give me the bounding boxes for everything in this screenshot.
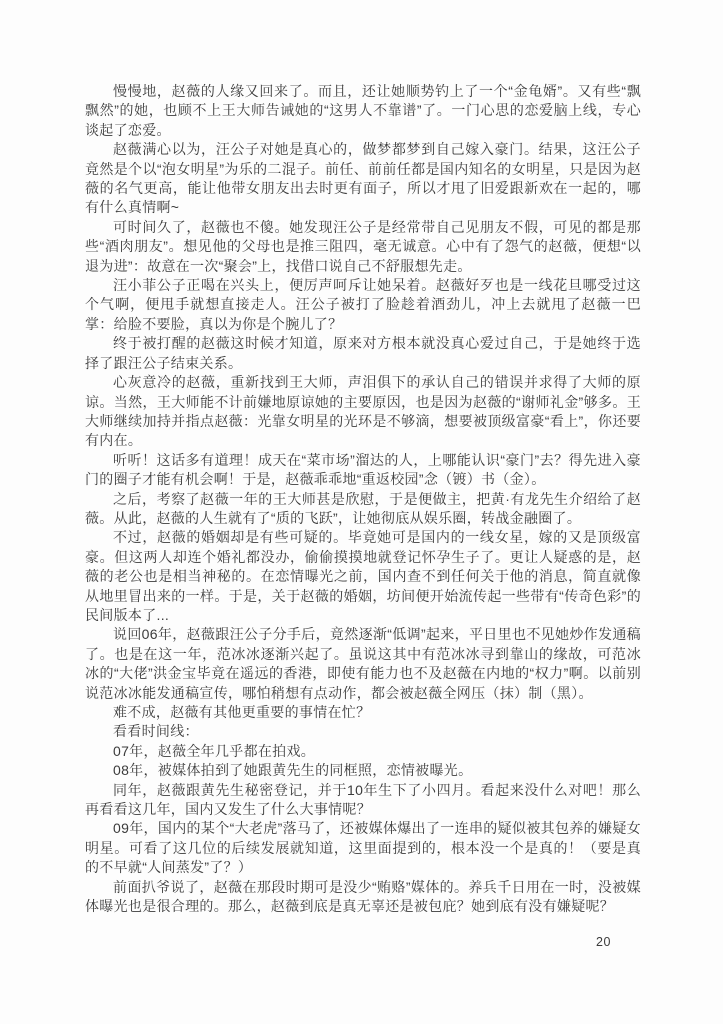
paragraph: 终于被打醒的赵薇这时候才知道，原来对方根本就没真心爱过自己，于是她终于选择了跟汪…	[85, 334, 641, 373]
paragraph: 心灰意冷的赵薇，重新找到王大师，声泪俱下的承认自己的错误并求得了大师的原谅。当然…	[85, 373, 641, 451]
paragraph: 难不成，赵薇有其他更重要的事情在忙？	[85, 703, 641, 722]
article-body: 慢慢地，赵薇的人缘又回来了。而且，还让她顺势钓上了一个“金龟婿”。又有些“飘飘然…	[85, 82, 641, 916]
paragraph: 07年，赵薇全年几乎都在拍戏。	[85, 742, 641, 761]
paragraph: 看看时间线：	[85, 722, 641, 741]
paragraph: 说回06年，赵薇跟汪公子分手后，竟然逐渐“低调”起来，平日里也不见她炒作发通稿了…	[85, 625, 641, 703]
paragraph: 慢慢地，赵薇的人缘又回来了。而且，还让她顺势钓上了一个“金龟婿”。又有些“飘飘然…	[85, 82, 641, 140]
paragraph: 08年，被媒体拍到了她跟黄先生的同框照，恋情被曝光。	[85, 761, 641, 780]
paragraph: 之后，考察了赵薇一年的王大师甚是欣慰，于是便做主，把黄·有龙先生介绍给了赵薇。从…	[85, 490, 641, 529]
paragraph: 不过，赵薇的婚姻却是有些可疑的。毕竟她可是国内的一线女星，嫁的又是顶级富豪。但这…	[85, 528, 641, 625]
paragraph: 前面扒爷说了，赵薇在那段时期可是没少“贿赂”媒体的。养兵千日用在一时，没被媒体曝…	[85, 878, 641, 917]
paragraph: 汪小菲公子正喝在兴头上，便厉声呵斥让她呆着。赵薇好歹也是一线花旦哪受过这个气啊，…	[85, 276, 641, 334]
paragraph: 听听！这话多有道理！成天在“菜市场”溜达的人，上哪能认识“豪门”去？得先进入豪门…	[85, 451, 641, 490]
page-number: 20	[596, 935, 611, 949]
document-page: 慢慢地，赵薇的人缘又回来了。而且，还让她顺势钓上了一个“金龟婿”。又有些“飘飘然…	[0, 0, 723, 1024]
paragraph: 赵薇满心以为，汪公子对她是真心的，做梦都梦到自己嫁入豪门。结果，这汪公子竟然是个…	[85, 140, 641, 218]
paragraph: 09年，国内的某个“大老虎”落马了，还被媒体爆出了一连串的疑似被其包养的嫌疑女明…	[85, 819, 641, 877]
paragraph: 可时间久了，赵薇也不傻。她发现汪公子是经常带自己见朋友不假，可见的都是那些“酒肉…	[85, 218, 641, 276]
paragraph: 同年，赵薇跟黄先生秘密登记，并于10年生下了小四月。看起来没什么对吧！那么再看看…	[85, 781, 641, 820]
